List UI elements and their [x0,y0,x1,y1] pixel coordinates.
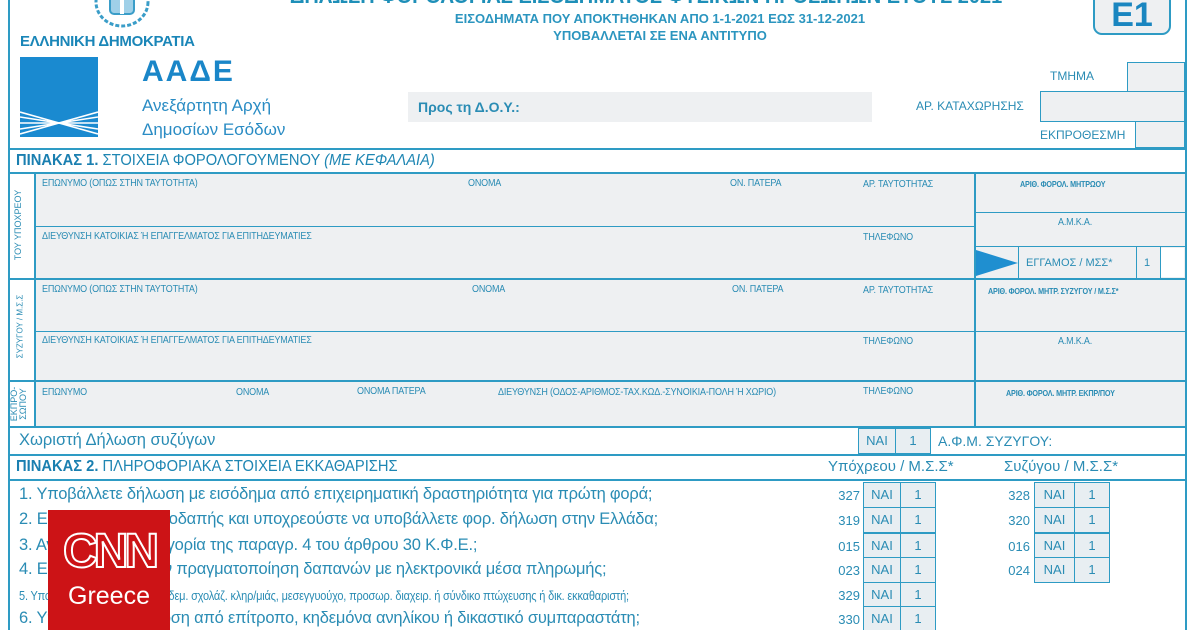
spouse-afm-label: ΑΡΙΘ. ΦΟΡΟΛ. ΜΗΤΡ. ΣΥΖΥΓΟΥ / Μ.Σ.Σ* [988,286,1118,296]
question-code-taxpayer: 015 [826,539,860,554]
spouse-address-label: ΔΙΕΥΘΥΝΣΗ ΚΑΤΟΙΚΙΑΣ Ή ΕΠΑΓΓΕΛΜΑΤΟΣ ΓΙΑ Ε… [42,335,312,346]
taxpayer-yes-checkbox[interactable]: 1 [900,557,936,583]
country-name: ΕΛΛΗΝΙΚΗ ΔΗΜΟΚΡΑΤΙΑ [20,33,195,50]
taxpayer-yes-label: ΝΑΙ [863,582,901,608]
table2-title: ΠΙΝΑΚΑΣ 2. ΠΛΗΡΟΦΟΡΙΑΚΑ ΣΤΟΙΧΕΙΑ ΕΚΚΑΘΑΡ… [16,458,398,476]
spouse-amka-label: Α.Μ.Κ.Α. [1058,336,1092,347]
agency-acronym: ΑΑΔΕ [142,55,235,89]
doy-label: Προς τη Δ.Ο.Υ.: [418,99,520,115]
ekprothesmi-field[interactable] [1135,121,1185,148]
taxpayer-yes-checkbox[interactable]: 1 [900,533,936,559]
representative-surname-label: ΕΠΩΝΥΜΟ [42,387,87,398]
ekprothesmi-label: ΕΚΠΡΟΘΕΣΜΗ [1040,128,1125,142]
spouse-phone-label: ΤΗΛΕΦΩΝΟ [863,336,913,347]
separate-declaration-label: Χωριστή Δήλωση συζύγων [19,431,215,450]
question-code-taxpayer: 330 [826,612,860,627]
question-code-taxpayer: 329 [826,588,860,603]
representative-phone-label: ΤΗΛΕΦΩΝΟ [863,386,913,397]
table1-title: ΠΙΝΑΚΑΣ 1. ΣΤΟΙΧΕΙΑ ΦΟΡΟΛΟΓΟΥΜΕΝΟΥ (ΜΕ Κ… [16,152,435,170]
representative-side-label-2: ΣΩΠΟΥ [18,385,28,423]
tmima-field[interactable] [1127,62,1185,92]
agency-name-line1: Ανεξάρτητη Αρχή [142,96,271,116]
form-subtitle-period: ΕΙΣΟΔΗΜΑΤΑ ΠΟΥ ΑΠΟΚΤΗΘΗΚΑΝ ΑΠΟ 1-1-2021 … [440,11,880,26]
spouse-yes-checkbox[interactable]: 1 [1074,507,1110,533]
taxpayer-yes-label: ΝΑΙ [863,557,901,583]
form-title: ΔΗΛΩΣΗ ΦΟΡΟΛΟΓΙΑΣ ΕΙΣΟΔΗΜΑΤΟΣ ΦΥΣΙΚΩΝ ΠΡ… [290,0,1002,9]
taxpayer-address-label: ΔΙΕΥΘΥΝΣΗ ΚΑΤΟΙΚΙΑΣ Ή ΕΠΑΓΓΕΛΜΑΤΟΣ ΓΙΑ Ε… [42,231,312,242]
spouse-afm-inline-label: Α.Φ.Μ. ΣΥΖΥΓΟΥ: [938,433,1052,449]
separate-yes-checkbox[interactable]: 1 [895,428,931,454]
question-code-taxpayer: 319 [826,513,860,528]
taxpayer-afm-label: ΑΡΙΘ. ΦΟΡΟΛ. ΜΗΤΡΩΟΥ [1020,179,1105,189]
agency-name-line2: Δημοσίων Εσόδων [142,120,285,140]
spouse-id-label: ΑΡ. ΤΑΥΤΟΤΗΤΑΣ [863,285,933,296]
spouse-yes-checkbox[interactable]: 1 [1074,557,1110,583]
doy-field[interactable]: Προς τη Δ.Ο.Υ.: [408,92,872,122]
question-code-taxpayer: 327 [826,488,860,503]
spouse-yes-label: ΝΑΙ [1034,507,1075,533]
question-text: 1. Υποβάλλετε δήλωση με εισόδημα από επι… [19,485,652,504]
taxpayer-yes-label: ΝΑΙ [863,482,901,508]
taxpayer-father-label: ΟΝ. ΠΑΤΕΡΑ [730,178,781,189]
ar-katax-field[interactable] [1040,91,1185,122]
taxpayer-yes-label: ΝΑΙ [863,533,901,559]
spouse-yes-label: ΝΑΙ [1034,557,1075,583]
question-code-spouse: 024 [996,563,1030,578]
col-taxpayer-label: Υπόχρεου / Μ.Σ.Σ* [828,458,954,475]
spouse-side-label: ΣΥΖΥΓΟΥ / Μ.Σ.Σ [16,289,25,365]
cnn-logo: CNN [48,524,170,579]
spouse-yes-label: ΝΑΙ [1034,482,1075,508]
spouse-name-label: ΟΝΟΜΑ [472,284,505,295]
representative-father-label: ΟΝΟΜΑ ΠΑΤΕΡΑ [357,386,426,397]
taxpayer-side-label: ΤΟΥ ΥΠΟΧΡΕΟΥ [13,185,23,265]
form-code-badge: Ε1 [1093,0,1171,35]
separate-yes-label: ΝΑΙ [858,428,896,454]
married-code: 1 [1144,257,1150,269]
question-code-spouse: 328 [996,488,1030,503]
ar-katax-label: ΑΡ. ΚΑΤΑΧΩΡΗΣΗΣ [916,99,1024,113]
representative-address-label: ΔΙΕΥΘΥΝΣΗ (ΟΔΟΣ-ΑΡΙΘΜΟΣ-ΤΑΧ.ΚΩΔ.-ΣΥΝΟΙΚΙ… [498,387,776,398]
representative-afm-label: ΑΡΙΘ. ΦΟΡΟΛ. ΜΗΤΡ. ΕΚΠΡ/ΠΟΥ [1006,388,1115,398]
taxpayer-amka-label: Α.Μ.Κ.Α. [1058,217,1092,228]
coat-of-arms-icon [92,0,152,28]
taxpayer-yes-checkbox[interactable]: 1 [900,482,936,508]
arrow-right-icon [976,250,1018,276]
cnn-region: Greece [48,582,170,611]
married-label: ΕΓΓΑΜΟΣ / ΜΣΣ* [1026,257,1113,269]
cnn-greece-watermark: CNN Greece [48,510,170,630]
form-subtitle-copies: ΥΠΟΒΑΛΛΕΤΑΙ ΣΕ ΕΝΑ ΑΝΤΙΤΥΠΟ [440,28,880,43]
taxpayer-yes-checkbox[interactable]: 1 [900,507,936,533]
married-checkbox[interactable] [1161,248,1184,277]
spouse-yes-label: ΝΑΙ [1034,533,1075,559]
spouse-fields[interactable] [36,280,974,380]
taxpayer-id-label: ΑΡ. ΤΑΥΤΟΤΗΤΑΣ [863,179,933,190]
aade-logo-icon [20,57,98,137]
spouse-surname-label: ΕΠΩΝΥΜΟ (ΟΠΩΣ ΣΤΗΝ ΤΑΥΤΟΤΗΤΑ) [42,284,198,295]
taxpayer-yes-label: ΝΑΙ [863,507,901,533]
taxpayer-yes-checkbox[interactable]: 1 [900,582,936,608]
tmima-label: ΤΜΗΜΑ [1050,69,1094,83]
taxpayer-surname-label: ΕΠΩΝΥΜΟ (ΟΠΩΣ ΣΤΗΝ ΤΑΥΤΟΤΗΤΑ) [42,178,198,189]
spouse-yes-checkbox[interactable]: 1 [1074,533,1110,559]
question-code-spouse: 016 [996,539,1030,554]
col-spouse-label: Συζύγου / Μ.Σ.Σ* [1004,458,1118,475]
taxpayer-phone-label: ΤΗΛΕΦΩΝΟ [863,232,913,243]
spouse-father-label: ΟΝ. ΠΑΤΕΡΑ [732,284,783,295]
taxpayer-yes-label: ΝΑΙ [863,606,901,630]
representative-name-label: ΟΝΟΜΑ [236,387,269,398]
taxpayer-name-label: ΟΝΟΜΑ [468,178,501,189]
spouse-yes-checkbox[interactable]: 1 [1074,482,1110,508]
question-code-taxpayer: 023 [826,563,860,578]
taxpayer-yes-checkbox[interactable]: 1 [900,606,936,630]
question-code-spouse: 320 [996,513,1030,528]
